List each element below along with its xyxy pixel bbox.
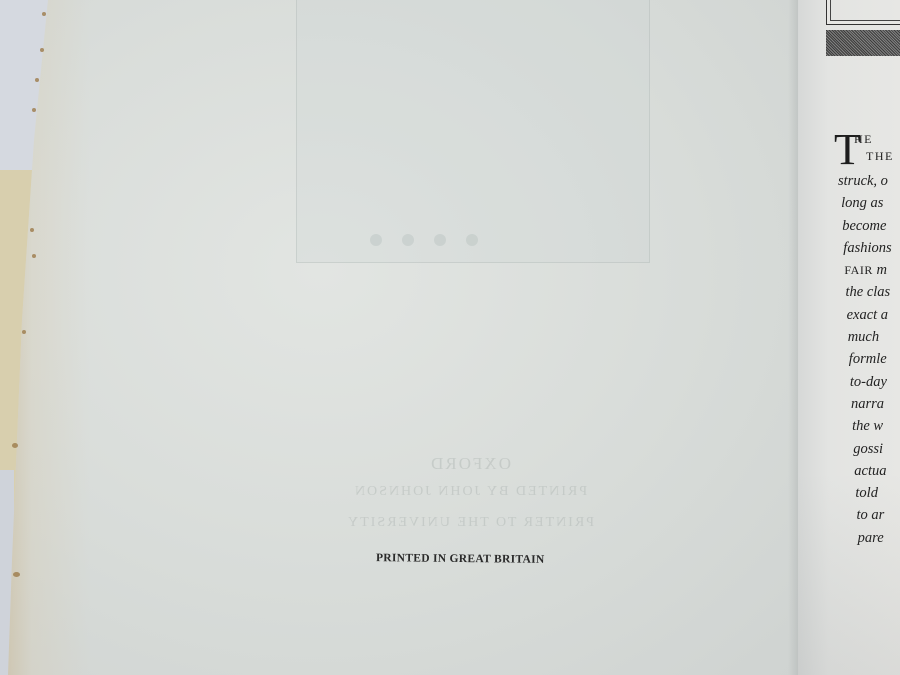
body-lines: struck, olong asbecomefashionsFAIR mthe …: [834, 170, 900, 549]
illustration-hatching: [826, 30, 900, 56]
foxing-spot: [32, 254, 36, 258]
text-line: fashions: [834, 237, 900, 259]
foxing-spot: [42, 12, 46, 16]
text-line: become: [834, 215, 900, 237]
text-line: told: [834, 482, 900, 504]
text-line: to-day: [834, 371, 900, 393]
foxing-spot: [22, 330, 26, 334]
caps-line: THE: [866, 149, 894, 164]
show-through-line: OXFORD: [240, 454, 700, 474]
text-line: gossi: [834, 438, 900, 460]
chapter-head-illustration: [826, 0, 900, 58]
show-through-illustration: [296, 0, 650, 263]
caps-line: HE: [854, 132, 873, 147]
show-through-ornament: [370, 234, 480, 248]
show-through-line: PRINTER TO THE UNIVERSITY: [240, 515, 700, 531]
foxing-spot: [13, 572, 20, 577]
text-line: exact a: [834, 304, 900, 326]
text-line: narra: [834, 393, 900, 415]
drop-cap-block: T HE THE: [834, 130, 900, 170]
show-through-line: PRINTED BY JOHN JOHNSON: [240, 484, 700, 500]
text-line: actua: [834, 460, 900, 482]
foxing-spot: [35, 78, 39, 82]
foxing-spot: [32, 108, 36, 112]
text-line: the clas: [834, 281, 900, 303]
foxing-spot: [12, 443, 18, 448]
text-line: FAIR m: [834, 259, 900, 281]
printer-imprint: PRINTED IN GREAT BRITAIN: [376, 552, 545, 566]
text-line: long as: [834, 192, 900, 214]
foxing-spot: [40, 48, 44, 52]
text-line: pare: [834, 527, 900, 549]
left-page: OXFORD PRINTED BY JOHN JOHNSON PRINTER T…: [0, 0, 800, 675]
text-line: the w: [834, 415, 900, 437]
illustration-frame: [826, 0, 900, 25]
small-caps-word: FAIR: [844, 263, 872, 277]
text-line: much: [834, 326, 900, 348]
chapter-opening-text: T HE THE struck, olong asbecomefashionsF…: [834, 130, 900, 549]
book-photograph: OXFORD PRINTED BY JOHN JOHNSON PRINTER T…: [0, 0, 900, 675]
text-line: formle: [834, 348, 900, 370]
text-line: to ar: [834, 504, 900, 526]
foxing-spot: [30, 228, 34, 232]
